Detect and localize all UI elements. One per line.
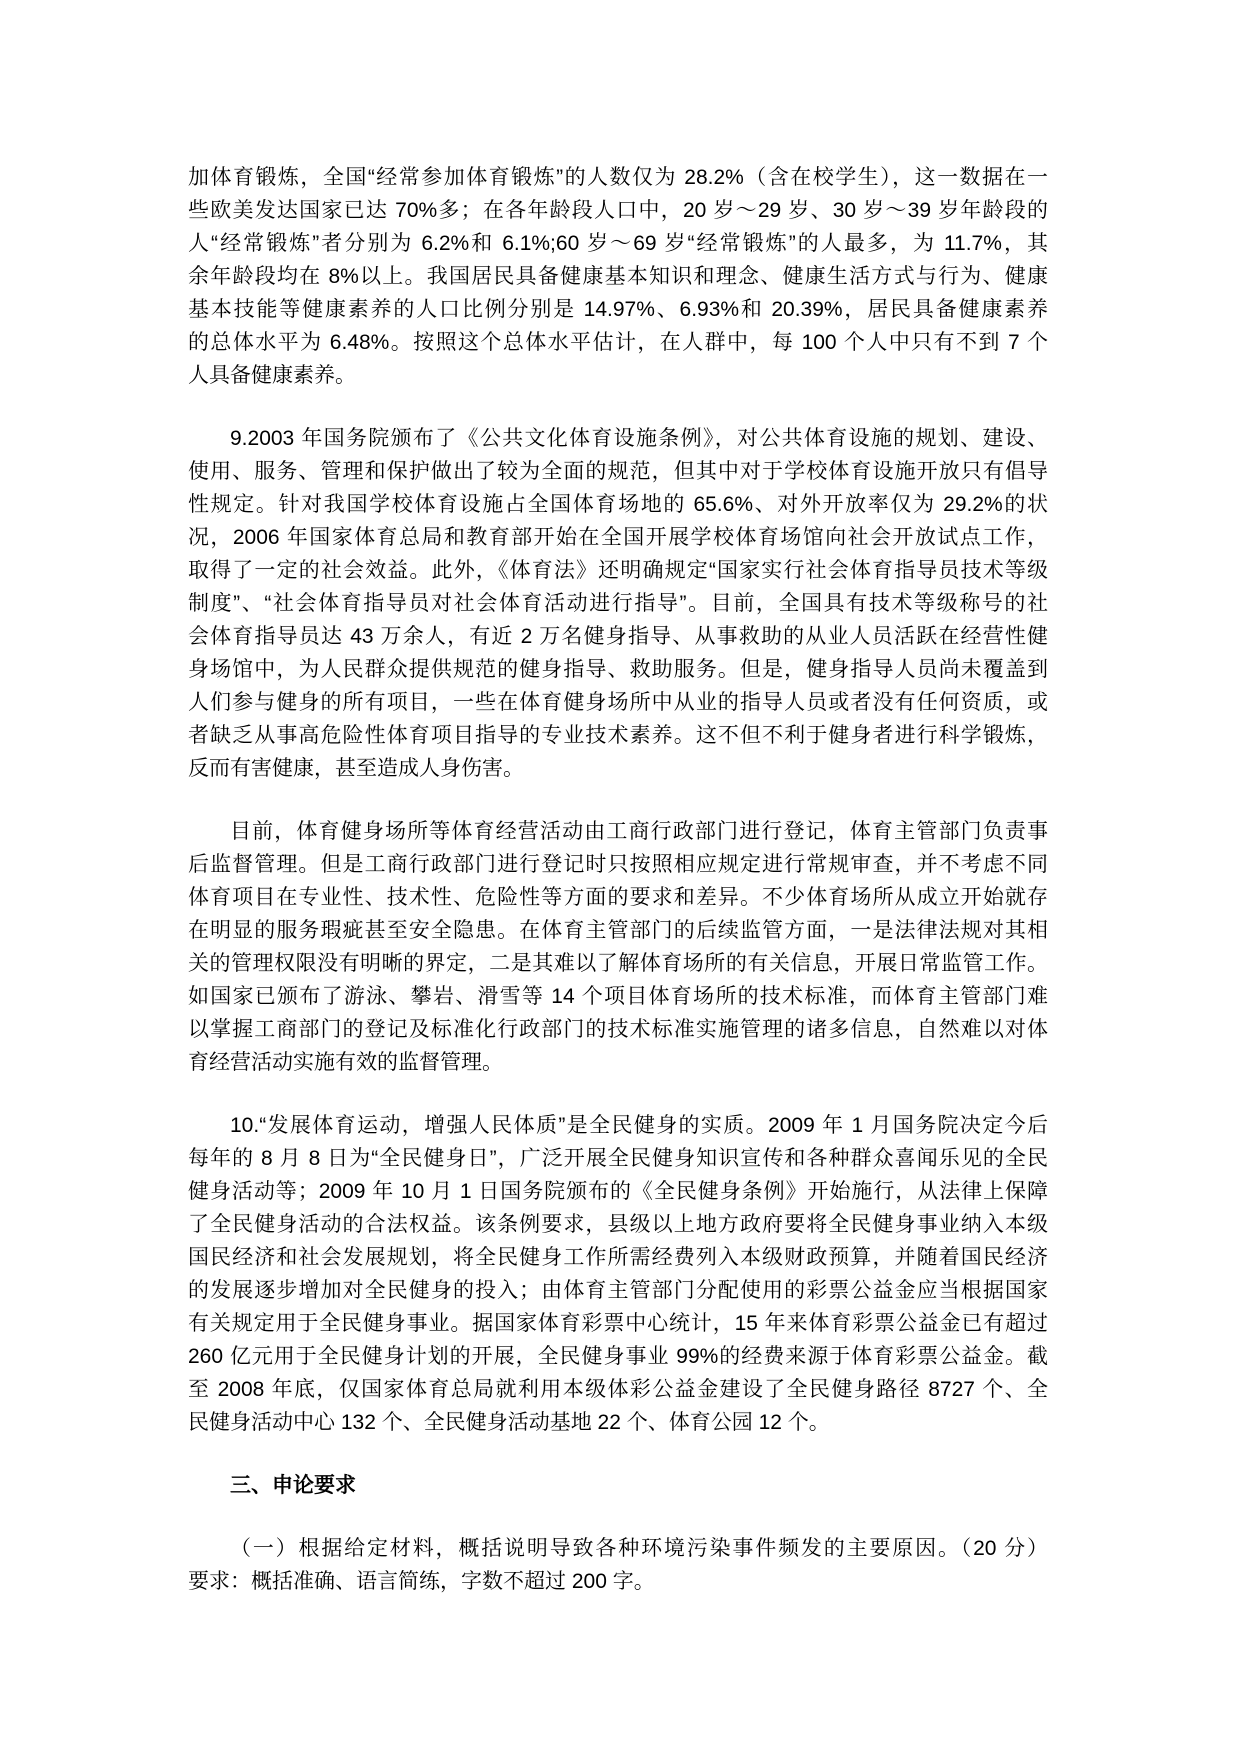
text-line: 基本技能等健康素养的人口比例分别是 14.97%、6.93%和 20.39%，居…: [188, 293, 1048, 326]
text-line: 目前，体育健身场所等体育经营活动由工商行政部门进行登记，体育主管部门负责事: [188, 815, 1048, 848]
text-line: 有关规定用于全民健身事业。据国家体育彩票中心统计，15 年来体育彩票公益金已有超…: [188, 1307, 1048, 1340]
text-line: （一）根据给定材料，概括说明导致各种环境污染事件频发的主要原因。（20 分）: [188, 1532, 1048, 1565]
paragraph: （一）根据给定材料，概括说明导致各种环境污染事件频发的主要原因。（20 分）要求…: [188, 1532, 1048, 1598]
text-line: 关的管理权限没有明晰的界定，二是其难以了解体育场所的有关信息，开展日常监管工作。: [188, 947, 1048, 980]
text-line: 使用、服务、管理和保护做出了较为全面的规范，但其中对于学校体育设施开放只有倡导: [188, 455, 1048, 488]
text-line: 会体育指导员达 43 万余人，有近 2 万名健身指导、从事救助的从业人员活跃在经…: [188, 620, 1048, 653]
text-line: 如国家已颁布了游泳、攀岩、滑雪等 14 个项目体育场所的技术标准，而体育主管部门…: [188, 980, 1048, 1013]
text-line: 三、申论要求: [188, 1469, 1048, 1502]
text-line: 体育项目在专业性、技术性、危险性等方面的要求和差异。不少体育场所从成立开始就存: [188, 881, 1048, 914]
text-line: 身场馆中，为人民群众提供规范的健身指导、救助服务。但是，健身指导人员尚未覆盖到: [188, 653, 1048, 686]
text-line: 9.2003 年国务院颁布了《公共文化体育设施条例》，对公共体育设施的规划、建设…: [188, 422, 1048, 455]
text-line: 人具备健康素养。: [188, 359, 1048, 392]
text-line: 要求：概括准确、语言简练，字数不超过 200 字。: [188, 1565, 1048, 1598]
text-line: 人们参与健身的所有项目，一些在体育健身场所中从业的指导人员或者没有任何资质，或: [188, 686, 1048, 719]
text-line: 民健身活动中心 132 个、全民健身活动基地 22 个、体育公园 12 个。: [188, 1406, 1048, 1439]
text-line: 的总体水平为 6.48%。按照这个总体水平估计，在人群中，每 100 个人中只有…: [188, 326, 1048, 359]
text-line: 性规定。针对我国学校体育设施占全国体育场地的 65.6%、对外开放率仅为 29.…: [188, 488, 1048, 521]
text-line: 者缺乏从事高危险性体育项目指导的专业技术素养。这不但不利于健身者进行科学锻炼，: [188, 719, 1048, 752]
text-line: 余年龄段均在 8%以上。我国居民具备健康基本知识和理念、健康生活方式与行为、健康: [188, 260, 1048, 293]
text-line: 况，2006 年国家体育总局和教育部开始在全国开展学校体育场馆向社会开放试点工作…: [188, 521, 1048, 554]
document-page: 加体育锻炼，全国“经常参加体育锻炼”的人数仅为 28.2%（含在校学生），这一数…: [0, 0, 1240, 1754]
text-line: 国民经济和社会发展规划，将全民健身工作所需经费列入本级财政预算，并随着国民经济: [188, 1241, 1048, 1274]
text-line: 取得了一定的社会效益。此外，《体育法》还明确规定“国家实行社会体育指导员技术等级: [188, 554, 1048, 587]
text-line: 加体育锻炼，全国“经常参加体育锻炼”的人数仅为 28.2%（含在校学生），这一数…: [188, 161, 1048, 194]
text-line: 育经营活动实施有效的监督管理。: [188, 1046, 1048, 1079]
text-line: 反而有害健康，甚至造成人身伤害。: [188, 752, 1048, 785]
text-line: 至 2008 年底，仅国家体育总局就利用本级体彩公益金建设了全民健身路径 872…: [188, 1373, 1048, 1406]
text-line: 以掌握工商部门的登记及标准化行政部门的技术标准实施管理的诸多信息，自然难以对体: [188, 1013, 1048, 1046]
text-line: 在明显的服务瑕疵甚至安全隐患。在体育主管部门的后续监管方面，一是法律法规对其相: [188, 914, 1048, 947]
paragraph: 10.“发展体育运动，增强人民体质”是全民健身的实质。2009 年 1 月国务院…: [188, 1109, 1048, 1439]
text-line: 制度”、“社会体育指导员对社会体育活动进行指导”。目前，全国具有技术等级称号的社: [188, 587, 1048, 620]
paragraph: 目前，体育健身场所等体育经营活动由工商行政部门进行登记，体育主管部门负责事后监督…: [188, 815, 1048, 1079]
text-line: 后监督管理。但是工商行政部门进行登记时只按照相应规定进行常规审查，并不考虑不同: [188, 848, 1048, 881]
text-line: 260 亿元用于全民健身计划的开展，全民健身事业 99%的经费来源于体育彩票公益…: [188, 1340, 1048, 1373]
text-line: 的发展逐步增加对全民健身的投入；由体育主管部门分配使用的彩票公益金应当根据国家: [188, 1274, 1048, 1307]
text-line: 10.“发展体育运动，增强人民体质”是全民健身的实质。2009 年 1 月国务院…: [188, 1109, 1048, 1142]
text-line: 人“经常锻炼”者分别为 6.2%和 6.1%;60 岁～69 岁“经常锻炼”的人…: [188, 227, 1048, 260]
text-line: 健身活动等；2009 年 10 月 1 日国务院颁布的《全民健身条例》开始施行，…: [188, 1175, 1048, 1208]
section-heading: 三、申论要求: [188, 1469, 1048, 1502]
paragraph: 加体育锻炼，全国“经常参加体育锻炼”的人数仅为 28.2%（含在校学生），这一数…: [188, 161, 1048, 392]
text-line: 了全民健身活动的合法权益。该条例要求，县级以上地方政府要将全民健身事业纳入本级: [188, 1208, 1048, 1241]
paragraph: 9.2003 年国务院颁布了《公共文化体育设施条例》，对公共体育设施的规划、建设…: [188, 422, 1048, 785]
text-line: 每年的 8 月 8 日为“全民健身日”，广泛开展全民健身知识宣传和各种群众喜闻乐…: [188, 1142, 1048, 1175]
document-body: 加体育锻炼，全国“经常参加体育锻炼”的人数仅为 28.2%（含在校学生），这一数…: [188, 161, 1048, 1598]
text-line: 些欧美发达国家已达 70%多；在各年龄段人口中，20 岁～29 岁、30 岁～3…: [188, 194, 1048, 227]
